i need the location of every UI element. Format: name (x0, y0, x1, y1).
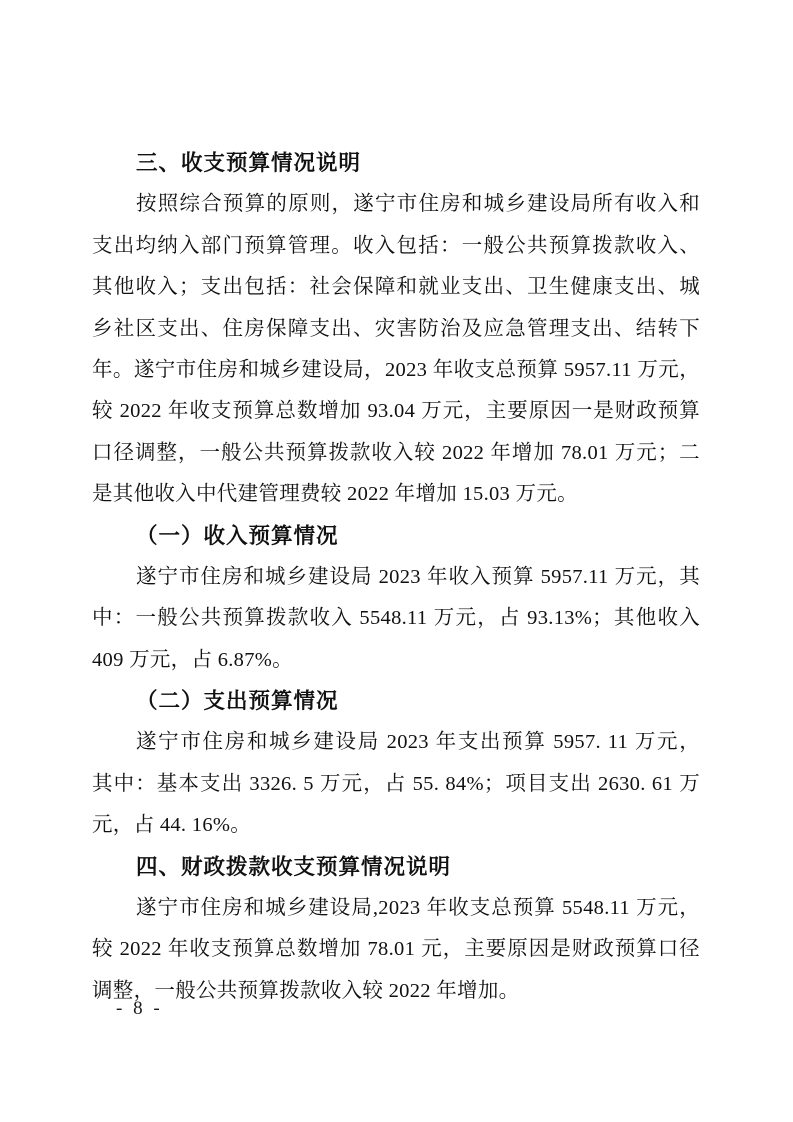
document-page: 三、收支预算情况说明 按照综合预算的原则，遂宁市住房和城乡建设局所有收入和 支出… (0, 0, 793, 1122)
page-number: - 8 - (116, 997, 163, 1021)
heading-subsection-expenditure: （二）支出预算情况 (92, 681, 700, 722)
heading-section-4: 四、财政拨款收支预算情况说明 (92, 847, 700, 888)
heading-subsection-income: （一）收入预算情况 (92, 516, 700, 557)
para-1-line-8: 是其他收入中代建管理费较 2022 年增加 15.03 万元。 (92, 474, 700, 515)
para-3-line-1: 遂宁市住房和城乡建设局 2023 年支出预算 5957. 11 万元， (92, 722, 700, 763)
para-1-line-1: 按照综合预算的原则，遂宁市住房和城乡建设局所有收入和 (92, 184, 700, 225)
para-1-line-6: 较 2022 年收支预算总数增加 93.04 万元，主要原因一是财政预算 (92, 391, 700, 432)
para-1-line-2: 支出均纳入部门预算管理。收入包括：一般公共预算拨款收入、 (92, 226, 700, 267)
para-2-line-2: 中：一般公共预算拨款收入 5548.11 万元，占 93.13%；其他收入 (92, 598, 700, 639)
para-3-line-2: 其中：基本支出 3326. 5 万元，占 55. 84%；项目支出 2630. … (92, 764, 700, 805)
para-1-line-5: 年。遂宁市住房和城乡建设局，2023 年收支总预算 5957.11 万元， (92, 350, 700, 391)
para-1-line-3: 其他收入；支出包括：社会保障和就业支出、卫生健康支出、城 (92, 267, 700, 308)
para-2-line-1: 遂宁市住房和城乡建设局 2023 年收入预算 5957.11 万元，其 (92, 557, 700, 598)
para-4-line-1: 遂宁市住房和城乡建设局,2023 年收支总预算 5548.11 万元， (92, 888, 700, 929)
para-1-line-7: 口径调整，一般公共预算拨款收入较 2022 年增加 78.01 万元；二 (92, 433, 700, 474)
para-1-line-4: 乡社区支出、住房保障支出、灾害防治及应急管理支出、结转下 (92, 309, 700, 350)
para-2-line-3: 409 万元，占 6.87%。 (92, 640, 700, 681)
heading-section-3: 三、收支预算情况说明 (92, 143, 700, 184)
para-4-line-3: 调整，一般公共预算拨款收入较 2022 年增加。 (92, 971, 700, 1012)
document-content: 三、收支预算情况说明 按照综合预算的原则，遂宁市住房和城乡建设局所有收入和 支出… (92, 143, 700, 1012)
para-3-line-3: 元，占 44. 16%。 (92, 805, 700, 846)
para-4-line-2: 较 2022 年收支预算总数增加 78.01 元，主要原因是财政预算口径 (92, 929, 700, 970)
